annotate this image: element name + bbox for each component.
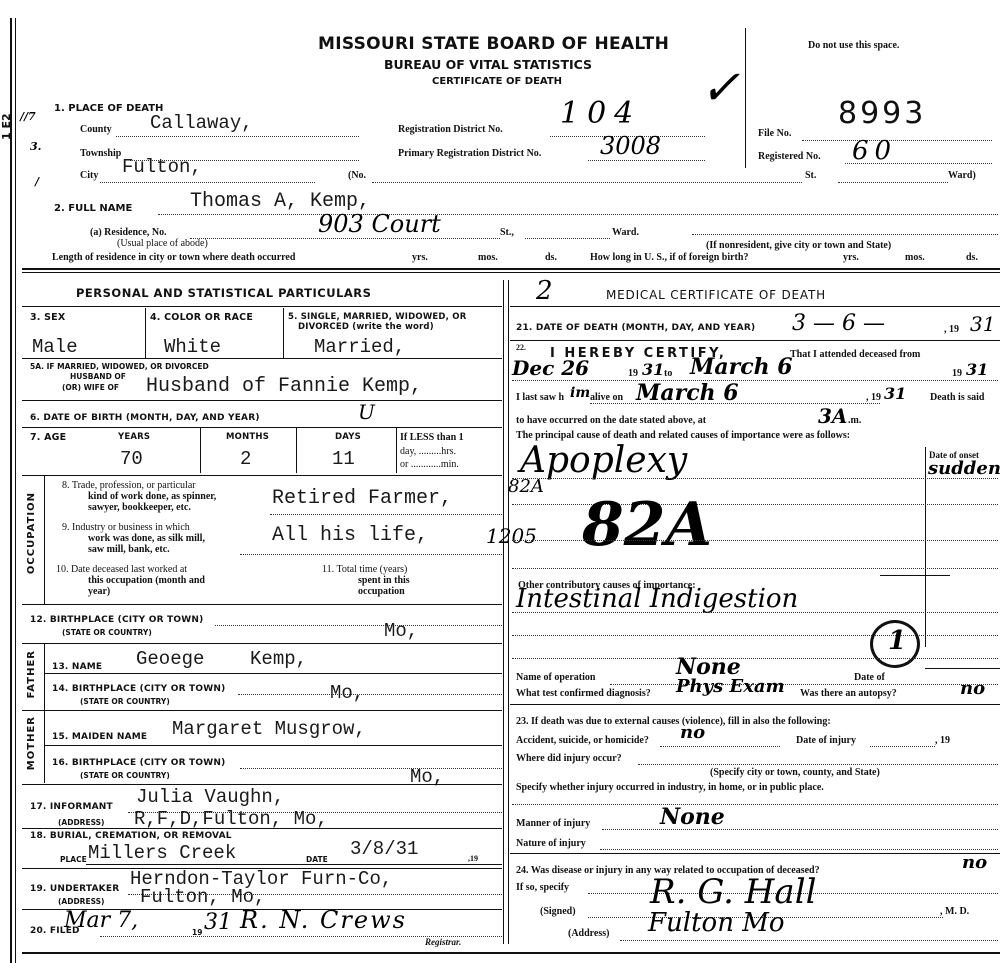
row-line-12 — [22, 643, 502, 644]
industry-label-3: saw mill, bank, etc. — [88, 544, 170, 555]
county-label: County — [80, 124, 112, 135]
primary-district-label: Primary Registration District No. — [398, 148, 541, 159]
accident-value: no — [680, 722, 705, 743]
informant-value: Julia Vaughn, — [136, 786, 284, 808]
registration-district-label: Registration District No. — [398, 124, 503, 135]
occurred-label: to have occurred on the date stated abov… — [516, 415, 706, 426]
father-name-label: 13. NAME — [52, 662, 102, 672]
onset-box-bottom — [925, 668, 1000, 669]
spouse-value: Husband of Fannie Kemp, — [146, 375, 422, 398]
personal-heading: PERSONAL AND STATISTICAL PARTICULARS — [76, 286, 371, 300]
occupation-side-divider — [44, 476, 45, 604]
time-of-death-value: 3A — [818, 404, 847, 428]
industry-label-1: 9. Industry or business in which — [62, 522, 190, 533]
total-time-label-1: 11. Total time (years) — [322, 564, 407, 575]
row-line-7 — [22, 475, 502, 476]
industry-code: 1205 — [486, 524, 537, 548]
race-marital-divider — [283, 308, 284, 358]
burial-place-label: PLACE — [60, 855, 87, 864]
informant-address-value: R,F,D,Fulton, Mo, — [134, 808, 328, 830]
length-of-residence-label: Length of residence in city or town wher… — [52, 252, 295, 263]
autopsy-label: Was there an autopsy? — [800, 688, 897, 699]
left-border-line — [10, 18, 12, 963]
residence-st-label: St., — [500, 227, 514, 238]
file-number-label: File No. — [758, 128, 791, 139]
nature-line — [600, 849, 998, 850]
where-line — [638, 764, 998, 765]
section-divider-top — [22, 268, 1000, 270]
medical-row-line-23 — [510, 853, 1000, 854]
st-label: St. — [805, 170, 816, 181]
md-label: , M. D. — [940, 906, 969, 917]
check-mark: ✓ — [700, 60, 740, 116]
industry-line — [240, 554, 502, 555]
marital-label: 5. SINGLE, MARRIED, WIDOWED, OR — [288, 312, 466, 322]
residence-label: (a) Residence, No. — [90, 227, 167, 238]
father-name-value: Geoege Kemp, — [136, 648, 307, 670]
injury-year-label: , 19 — [935, 735, 950, 746]
physician-address-label: (Address) — [568, 928, 609, 939]
filed-date-value: Mar 7, — [64, 908, 138, 933]
burial-label: 18. BURIAL, CREMATION, OR REMOVAL — [30, 831, 232, 841]
spouse-label-3: (OR) WIFE OF — [62, 383, 119, 392]
full-name-line — [158, 214, 998, 215]
spouse-label-1: 5A. IF MARRIED, WIDOWED, OR DIVORCED — [30, 362, 209, 371]
no-label: (No. — [348, 170, 366, 181]
undertaker-address-label: (ADDRESS) — [58, 897, 104, 906]
father-birthplace-sub: (STATE OR COUNTRY) — [80, 697, 170, 706]
margin-note-3: / — [35, 175, 39, 188]
burial-date-label: DATE — [306, 855, 328, 864]
contributory-value: Intestinal Indigestion — [516, 584, 798, 614]
residence-sub-label: (Usual place of abode) — [117, 238, 208, 249]
last-saw-label: I last saw h — [516, 392, 564, 403]
birthplace-label: 12. BIRTHPLACE (CITY OR TOWN) — [30, 615, 203, 625]
margin-note-1: //7 — [20, 110, 36, 123]
onset-box-divider — [925, 447, 926, 647]
row-line-17 — [22, 828, 502, 829]
attended-from-year: 31 — [642, 360, 664, 379]
attended-to-value: March 6 — [690, 354, 793, 380]
attended-from-year-prefix: 19 — [628, 368, 638, 379]
row-line-5a — [22, 400, 502, 401]
physician-address-value: Fulton Mo — [648, 908, 785, 938]
registration-district-value: 104 — [560, 96, 641, 131]
undertaker-address-value: Fulton, Mo, — [140, 886, 265, 908]
cause-code-1: 82A — [508, 476, 544, 497]
place-of-death-heading: 1. PLACE OF DEATH — [54, 103, 163, 114]
date-of-death-year: 31 — [970, 312, 995, 336]
mother-side-divider — [44, 711, 45, 783]
medical-heading: MEDICAL CERTIFICATE OF DEATH — [606, 288, 826, 302]
page-mark: 2 — [536, 276, 553, 306]
where-sub-label: (Specify city or town, county, and State… — [710, 767, 880, 778]
father-birthplace-label: 14. BIRTHPLACE (CITY OR TOWN) — [52, 684, 225, 694]
onset-box-close — [880, 575, 950, 576]
death-said-label: Death is said — [930, 392, 984, 403]
circle-mark-number: 1 — [888, 626, 906, 656]
city-value: Fulton, — [122, 156, 202, 178]
test-label: What test confirmed diagnosis? — [516, 688, 651, 699]
burial-year-label: ,19 — [468, 854, 478, 863]
birthplace-sub-label: (STATE OR COUNTRY) — [62, 628, 152, 637]
signed-label: (Signed) — [540, 906, 576, 917]
last-worked-label-1: 10. Date deceased last worked at — [56, 564, 187, 575]
sex-value: Male — [32, 336, 78, 358]
mother-maiden-label: 15. MAIDEN NAME — [52, 732, 147, 742]
father-birthplace-line — [238, 694, 502, 695]
nonresident-note: (If nonresident, give city or town and S… — [706, 240, 891, 251]
certify-number: 22. — [516, 343, 526, 352]
date-of-death-value: 3 — 6 — — [792, 311, 885, 336]
onset-value: sudden — [928, 458, 1000, 479]
registrar-label: Registrar. — [425, 937, 461, 947]
occupation-side-label: OCCUPATION — [26, 492, 37, 574]
spouse-label-2: HUSBAND OF — [70, 372, 126, 381]
if-so-specify-label: If so, specify — [516, 882, 569, 893]
burial-line — [86, 864, 502, 865]
mother-maiden-value: Margaret Musgrow, — [172, 718, 366, 740]
primary-district-value: 3008 — [600, 132, 661, 160]
cause-of-death-value: Apoplexy — [520, 440, 687, 481]
residence-line — [190, 238, 500, 239]
less-than-label-2: day, .........hrs. — [400, 446, 456, 457]
county-value: Callaway, — [150, 112, 253, 134]
age-divider-3 — [396, 428, 397, 473]
external-causes-label: 23. If death was due to external causes … — [516, 716, 831, 727]
father-side-divider — [44, 644, 45, 710]
date-of-death-label: 21. DATE OF DEATH (MONTH, DAY, AND YEAR) — [516, 323, 755, 333]
accident-label: Accident, suicide, or homicide? — [516, 735, 649, 746]
us-yrs: yrs. — [843, 252, 859, 263]
age-divider-2 — [296, 428, 297, 473]
age-years-label: YEARS — [118, 432, 150, 442]
age-months-label: MONTHS — [226, 432, 269, 442]
mother-birthplace-label: 16. BIRTHPLACE (CITY OR TOWN) — [52, 758, 225, 768]
last-saw-year-prefix: , 19 — [866, 392, 881, 403]
less-than-label-3: or ............min. — [400, 459, 459, 470]
where-label: Where did injury occur? — [516, 753, 622, 764]
length-ds: ds. — [545, 252, 557, 263]
date-of-birth-label: 6. DATE OF BIRTH (MONTH, DAY, AND YEAR) — [30, 413, 260, 423]
attended-to-year: 31 — [966, 360, 988, 379]
cause-line-3 — [512, 540, 998, 541]
age-years-value: 70 — [120, 448, 143, 470]
residence-ward-line — [525, 238, 610, 239]
marital-status-value: Married, — [314, 336, 405, 358]
attended-from-value: Dec 26 — [512, 356, 589, 380]
mother-birthplace-sub: (STATE OR COUNTRY) — [80, 771, 170, 780]
manner-value: None — [660, 804, 725, 830]
last-worked-label-2: this occupation (month and — [88, 575, 205, 586]
total-time-label-2: spent in this — [358, 575, 410, 586]
father-birthplace-value: Mo, — [330, 682, 364, 704]
residence-ward-label: Ward. — [612, 227, 639, 238]
contributory-line-3 — [512, 658, 998, 659]
ward-line — [838, 182, 948, 183]
contributory-line-2 — [512, 635, 998, 636]
trade-value: Retired Farmer, — [272, 487, 452, 510]
personal-heading-line — [22, 306, 502, 307]
date-of-death-year-prefix: , 19 — [944, 324, 959, 335]
cause-code-2: 82A — [582, 490, 712, 560]
header-title: MISSOURI STATE BOARD OF HEALTH — [318, 34, 669, 54]
test-value: Phys Exam — [676, 676, 785, 697]
residence-value: 903 Court — [318, 210, 441, 238]
specify-label: Specify whether injury occurred in indus… — [516, 782, 824, 793]
cause-line-4 — [512, 568, 998, 569]
street-line — [372, 182, 802, 183]
age-days-value: 11 — [332, 448, 355, 470]
nature-label: Nature of injury — [516, 838, 586, 849]
filed-year-value: 31 — [204, 910, 232, 935]
header-bureau: BUREAU OF VITAL STATISTICS — [384, 57, 592, 72]
header-certificate: CERTIFICATE OF DEATH — [432, 76, 562, 87]
specify-line — [512, 804, 998, 805]
manner-line — [602, 829, 998, 830]
city-label: City — [80, 170, 98, 181]
header-divider — [745, 28, 746, 168]
burial-date-value: 3/8/31 — [350, 838, 418, 860]
date-of-birth-mark: U — [358, 400, 375, 424]
marital-label-2: DIVORCED (write the word) — [298, 322, 434, 332]
row-line-3 — [22, 358, 502, 359]
undertaker-label: 19. UNDERTAKER — [30, 884, 119, 894]
birthplace-line — [215, 625, 502, 626]
last-saw-year: 31 — [884, 384, 906, 403]
township-label: Township — [80, 148, 121, 159]
injury-date-label: Date of injury — [796, 735, 856, 746]
total-time-label-3: occupation — [358, 586, 405, 597]
age-days-label: DAYS — [335, 432, 361, 442]
age-divider-1 — [200, 428, 201, 473]
left-border-line-inner — [15, 18, 16, 963]
industry-value: All his life, — [272, 524, 428, 547]
alive-on-label: alive on — [590, 392, 623, 403]
sex-label: 3. SEX — [30, 312, 65, 323]
age-months-value: 2 — [240, 448, 251, 470]
trade-line — [270, 514, 502, 515]
nonresident-line — [692, 234, 998, 235]
column-divider-2 — [508, 280, 509, 944]
mother-birthplace-line — [240, 768, 502, 769]
primary-district-line — [588, 160, 705, 161]
file-number-value: 8993 — [838, 96, 926, 131]
county-line — [116, 136, 359, 137]
medical-heading-line — [510, 306, 1000, 307]
row-line-6 — [22, 427, 502, 428]
physician-address-line — [620, 940, 998, 941]
dod-line — [510, 340, 1000, 341]
row-line-15 — [45, 745, 502, 746]
length-yrs: yrs. — [412, 252, 428, 263]
age-label: 7. AGE — [30, 432, 66, 443]
do-not-use-note: Do not use this space. — [808, 40, 899, 51]
contributory-line-1 — [512, 612, 998, 613]
length-mos: mos. — [478, 252, 498, 263]
operation-date-label: Date of — [854, 672, 885, 683]
injury-date-line — [870, 746, 935, 747]
industry-label-2: work was done, as silk mill, — [88, 533, 205, 544]
row-line-16 — [22, 784, 502, 785]
mother-side-label: MOTHER — [26, 716, 37, 770]
registered-number-value: 60 — [852, 136, 897, 166]
burial-place-value: Millers Creek — [88, 842, 236, 864]
last-worked-label-3: year) — [88, 586, 110, 597]
cause-line-1 — [512, 478, 998, 479]
less-than-label-1: If LESS than 1 — [400, 432, 464, 443]
informant-address-label: (ADDRESS) — [58, 818, 104, 827]
row-line-occupation — [22, 604, 502, 605]
ward-label: Ward) — [948, 170, 976, 181]
time-suffix: .m. — [848, 415, 861, 426]
trade-label-2: kind of work done, as spinner, — [88, 491, 216, 502]
birthplace-value: Mo, — [384, 620, 418, 642]
sex-race-divider — [145, 308, 146, 358]
registrar-signature: R. N. Crews — [240, 906, 407, 934]
father-side-label: FATHER — [26, 650, 37, 698]
margin-note-2: 3. — [30, 140, 41, 153]
operation-line — [610, 684, 998, 685]
margin-stamp: 1 E2 — [0, 113, 13, 140]
row-line-14 — [22, 710, 502, 711]
occupation-related-value: no — [962, 852, 987, 873]
attended-line — [512, 380, 998, 381]
column-divider — [503, 280, 504, 944]
informant-label: 17. INFORMANT — [30, 802, 113, 812]
trade-label-1: 8. Trade, profession, or particular — [62, 480, 196, 491]
certify-text: That I attended deceased from — [790, 349, 920, 360]
physician-signature: R. G. Hall — [650, 872, 816, 912]
race-value: White — [164, 336, 221, 358]
us-mos: mos. — [905, 252, 925, 263]
us-residence-label: How long in U. S., if of foreign birth? — [590, 252, 748, 263]
accident-line — [660, 746, 780, 747]
operation-label: Name of operation — [516, 672, 595, 683]
trade-label-3: sawyer, bookkeeper, etc. — [88, 502, 191, 513]
race-label: 4. COLOR OR RACE — [150, 312, 253, 323]
full-name-label: 2. FULL NAME — [54, 203, 132, 214]
attended-to-year-prefix: 19 — [952, 368, 962, 379]
registered-number-label: Registered No. — [758, 151, 821, 162]
section-divider-top-2 — [22, 272, 1000, 273]
city-line — [100, 182, 315, 183]
us-ds: ds. — [966, 252, 978, 263]
autopsy-value: no — [960, 678, 985, 699]
row-line-13 — [45, 673, 502, 674]
manner-label: Manner of injury — [516, 818, 590, 829]
attended-to-label: to — [664, 368, 672, 379]
last-saw-him: im — [570, 385, 590, 401]
bottom-line — [22, 952, 1000, 954]
medical-row-line-22 — [510, 704, 1000, 705]
